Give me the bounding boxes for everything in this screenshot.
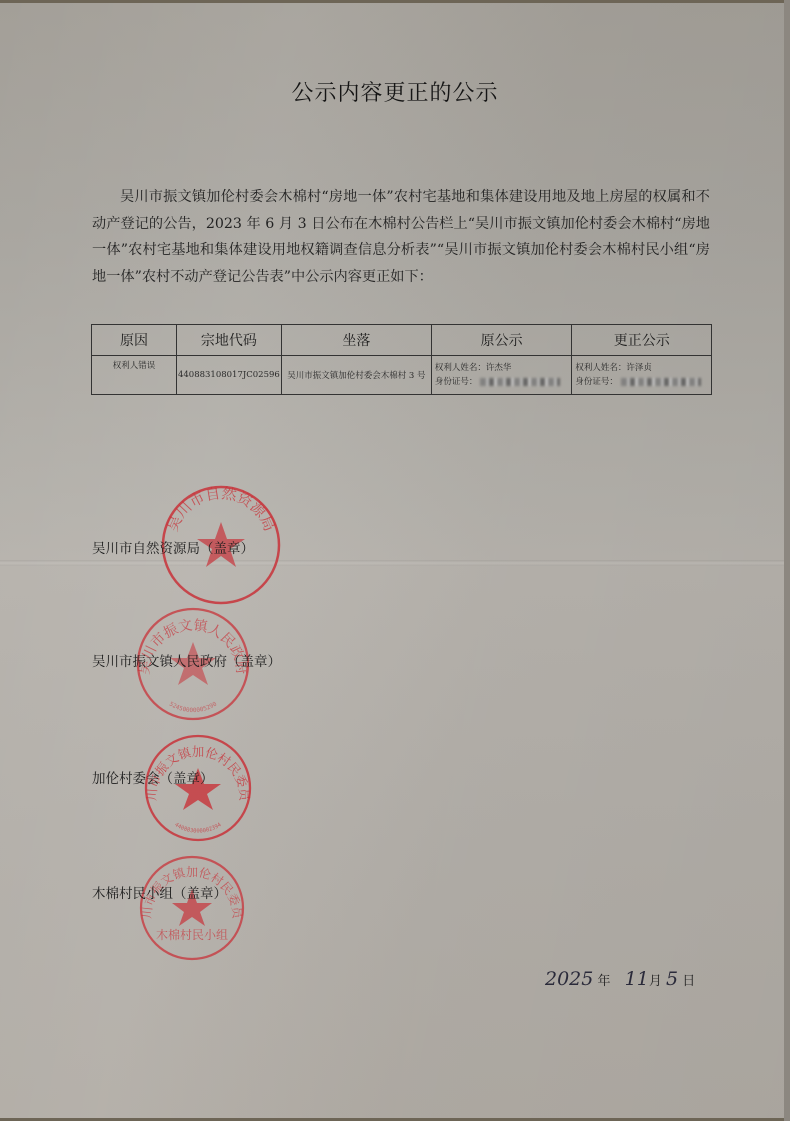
date-month-handwritten: 11 bbox=[625, 968, 649, 990]
seal-4-bottom-text: 木棉村民小组 bbox=[156, 927, 228, 942]
date-day-unit: 日 bbox=[682, 974, 695, 989]
original-id-label: 身份证号： bbox=[435, 377, 478, 387]
header-corrected: 更正公示 bbox=[572, 325, 712, 356]
table-row: 权利人错误 440883108017JC02596 吴川市振文镇加伦村委会木棉村… bbox=[92, 356, 712, 395]
cell-location: 吴川市振文镇加伦村委会木棉村 3 号 bbox=[281, 356, 431, 395]
signatory-village-committee: 加伦村委会（盖章） bbox=[92, 767, 214, 787]
cell-original: 权利人姓名：许杰华 身份证号： bbox=[431, 356, 572, 395]
date-month-unit: 月 bbox=[649, 974, 662, 989]
original-name-label: 权利人姓名： bbox=[435, 363, 486, 373]
signatory-natural-resources-bureau: 吴川市自然资源局（盖章） bbox=[92, 537, 254, 557]
corrected-name-label: 权利人姓名： bbox=[575, 363, 626, 373]
document-body: 吴川市振文镇加伦村委会木棉村“房地一体”农村宅基地和集体建设用地及地上房屋的权属… bbox=[92, 184, 710, 290]
signatory-town-government: 吴川市振文镇人民政府（盖章） bbox=[92, 650, 281, 670]
corrected-name-line: 权利人姓名：许泽贞 bbox=[575, 361, 710, 375]
signing-date: 2025 年 11月 5 日 bbox=[545, 968, 695, 990]
table-header-row: 原因 宗地代码 坐落 原公示 更正公示 bbox=[92, 325, 712, 356]
original-id-line: 身份证号： bbox=[435, 375, 571, 389]
corrected-name: 许泽贞 bbox=[626, 363, 652, 373]
correction-table: 原因 宗地代码 坐落 原公示 更正公示 权利人错误 440883108017JC… bbox=[91, 324, 712, 395]
paper-right-edge bbox=[784, 0, 790, 1121]
corrected-id-label: 身份证号： bbox=[575, 377, 618, 387]
cell-parcel-code: 440883108017JC02596 bbox=[176, 356, 281, 395]
seal-2-number: 52450000005290 bbox=[168, 700, 219, 714]
seal-3-number: 440883000002394 bbox=[173, 822, 223, 835]
original-id-redacted bbox=[480, 378, 560, 386]
corrected-id-redacted bbox=[621, 378, 701, 386]
seal-village-committee: 吴川市振文镇加伦村民委员会 440883000002394 bbox=[142, 732, 254, 844]
date-day-handwritten: 5 bbox=[666, 968, 678, 990]
header-location: 坐落 bbox=[281, 325, 431, 356]
cell-corrected: 权利人姓名：许泽贞 身份证号： bbox=[572, 356, 712, 395]
original-name-line: 权利人姓名：许杰华 bbox=[435, 361, 571, 375]
date-year-unit: 年 bbox=[598, 974, 611, 989]
original-name: 许杰华 bbox=[486, 363, 512, 373]
signatory-villager-group: 木棉村民小组（盖章） bbox=[92, 882, 227, 902]
header-parcel-code: 宗地代码 bbox=[176, 325, 281, 356]
seal-villager-group: 吴川市振文镇加伦村民委员会 木棉村民小组 bbox=[137, 853, 247, 963]
svg-text:52450000005290: 52450000005290 bbox=[168, 700, 219, 714]
date-year-handwritten: 2025 bbox=[545, 968, 593, 990]
header-original: 原公示 bbox=[431, 325, 572, 356]
document-title: 公示内容更正的公示 bbox=[0, 76, 790, 107]
header-reason: 原因 bbox=[92, 325, 177, 356]
paper-top-edge bbox=[0, 0, 790, 3]
cell-reason: 权利人错误 bbox=[92, 356, 177, 395]
corrected-id-line: 身份证号： bbox=[575, 375, 710, 389]
paper-fold-line bbox=[0, 560, 790, 566]
svg-text:440883000002394: 440883000002394 bbox=[173, 822, 223, 835]
